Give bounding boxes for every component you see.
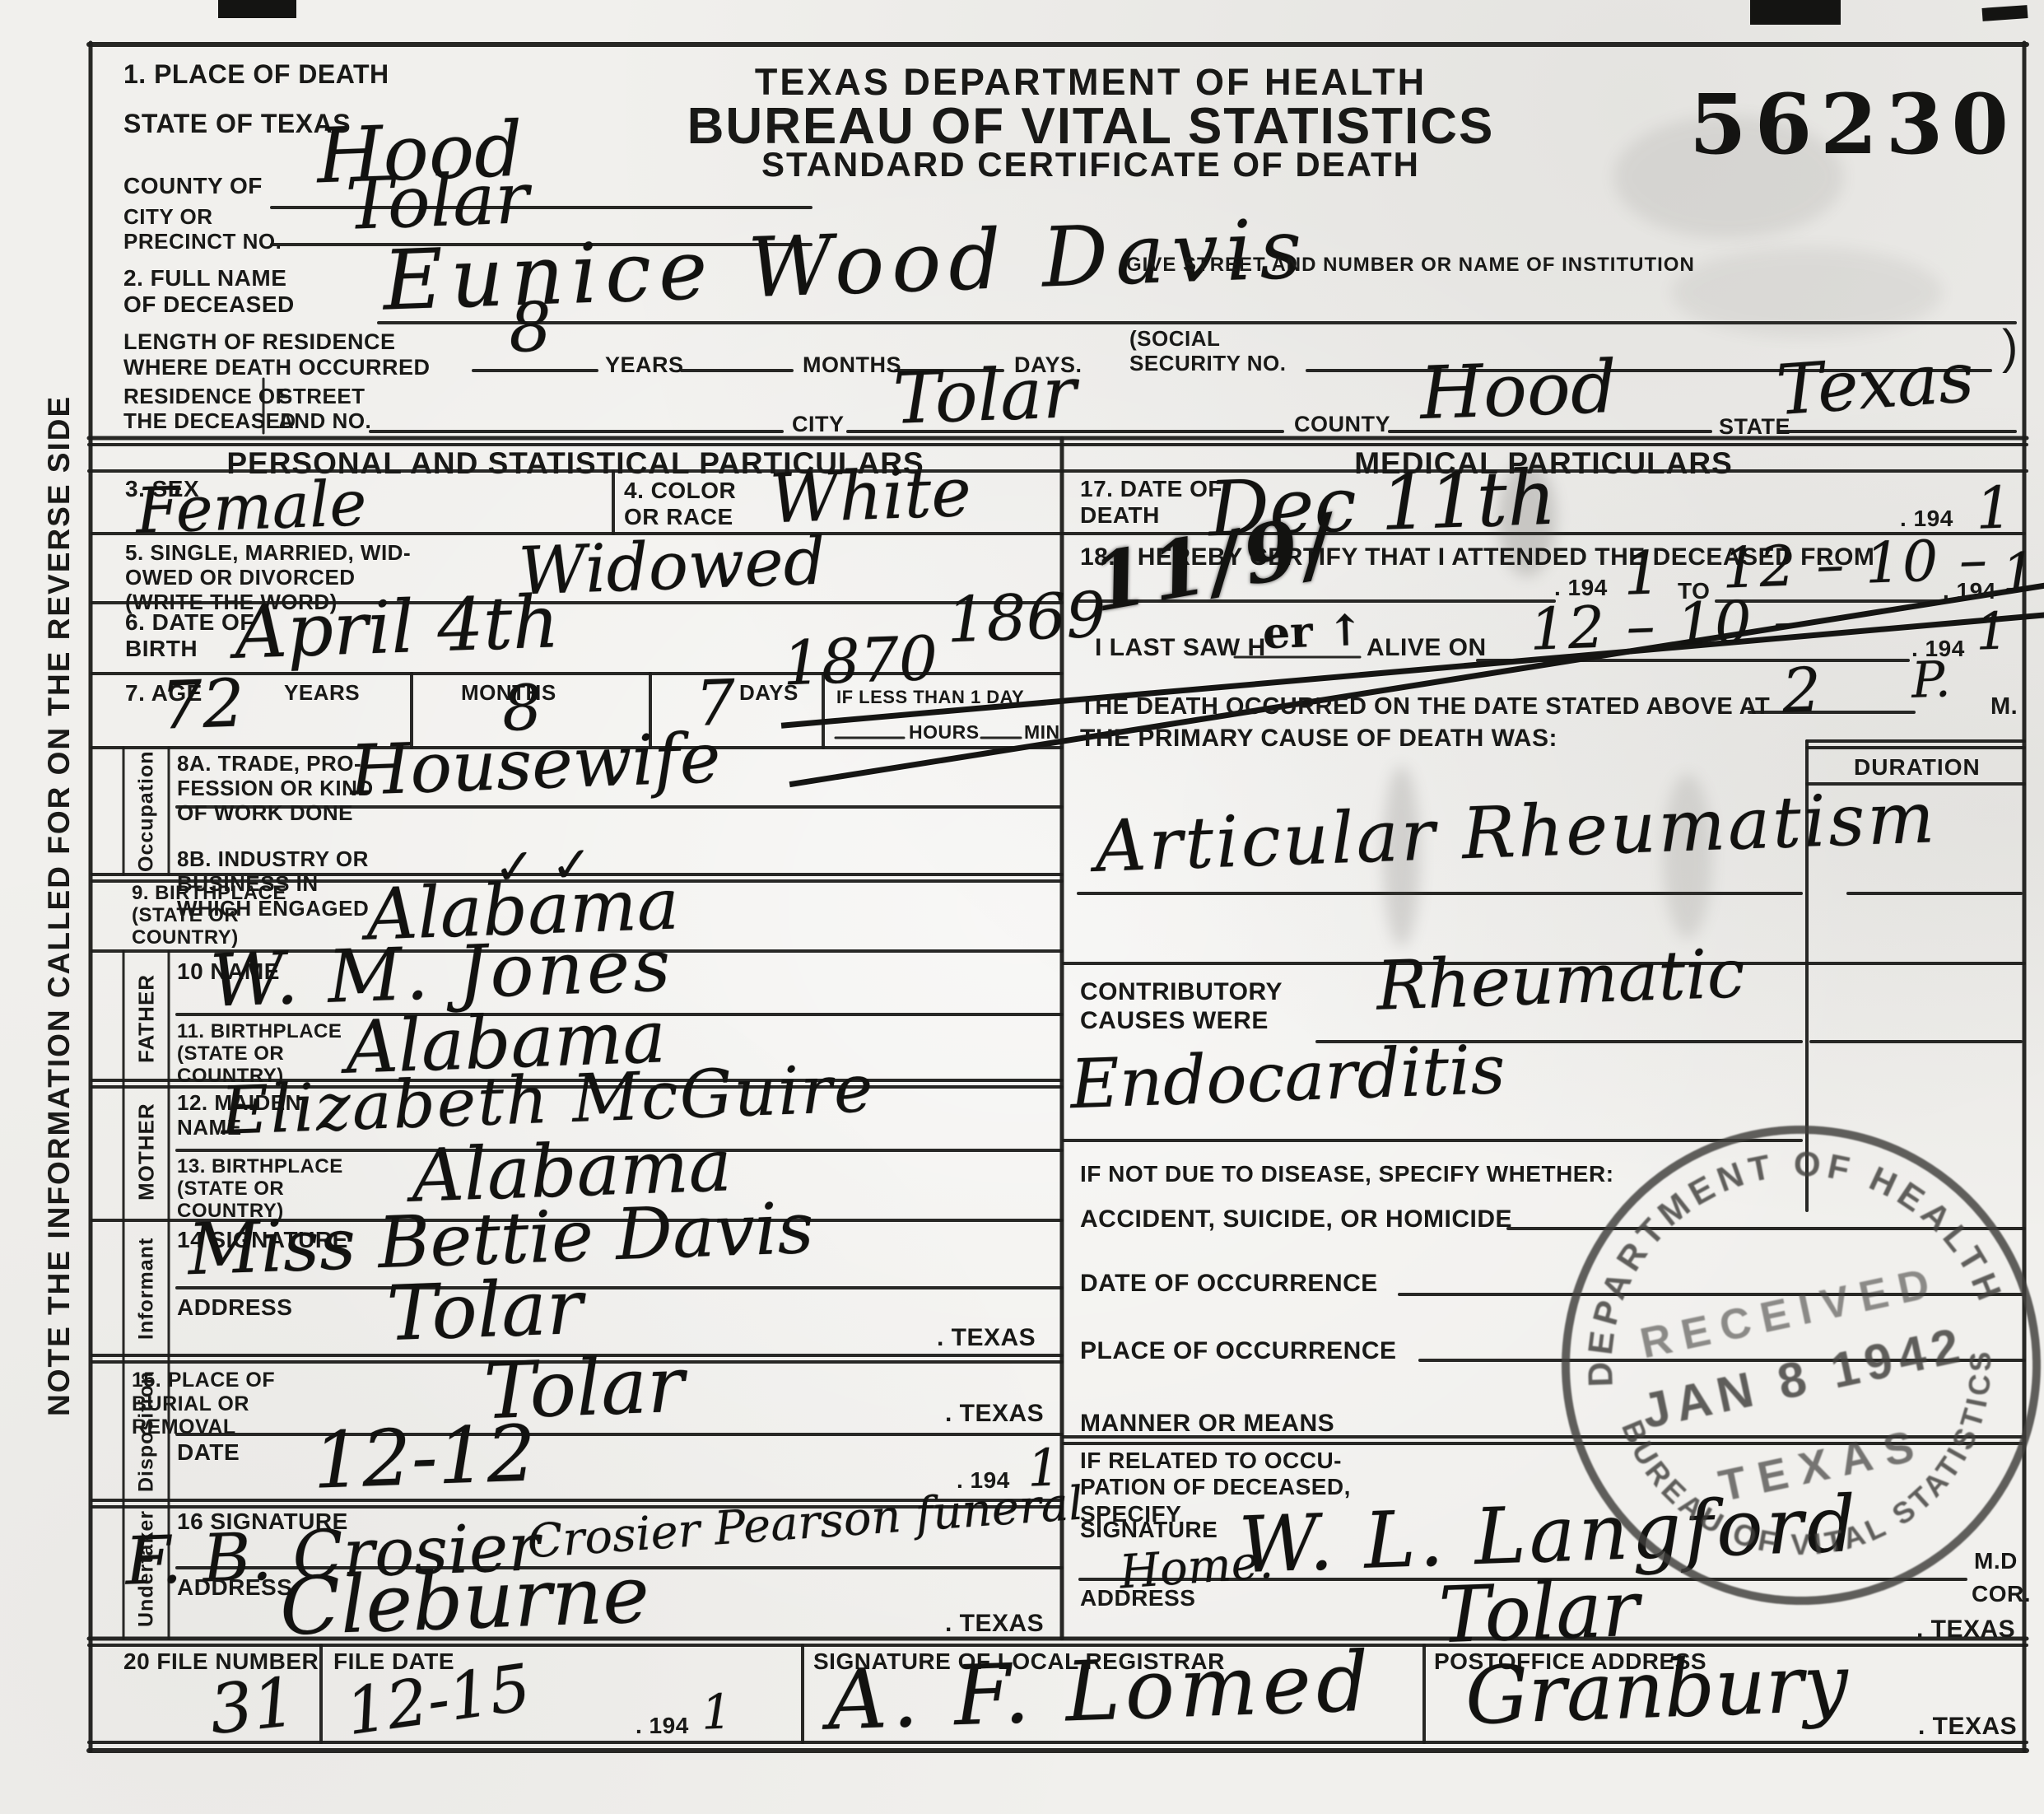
label-age-days: DAYS xyxy=(739,680,799,705)
label-months: MONTHS xyxy=(803,352,901,378)
label-county2: COUNTY xyxy=(1294,412,1390,437)
vertical-label-informant: Informant xyxy=(125,1223,168,1355)
value-attended-to-year: 1 xyxy=(2001,546,2037,599)
label-give-street: GIVE STREET AND NUMBER OR NAME OF INSTIT… xyxy=(1126,254,1695,277)
certificate-number: 56230 xyxy=(1689,76,2017,173)
label-physician-signature: SIGNATURE xyxy=(1080,1517,1218,1543)
scan-smudge xyxy=(1671,247,1943,338)
value-registrar-signature: A. F. Lomed xyxy=(826,1640,1375,1742)
label-min: MIN xyxy=(1024,721,1060,744)
label-informant-address: ADDRESS xyxy=(177,1294,292,1321)
label-year-194-file: . 194 xyxy=(636,1713,689,1739)
value-file-number: 31 xyxy=(207,1669,299,1745)
label-texas-registrar: . TEXAS xyxy=(1918,1713,2017,1742)
label-physician-address: ADDRESS xyxy=(1080,1585,1195,1611)
label-hours: HOURS xyxy=(909,721,980,744)
label-street-and-no: STREET AND NO. xyxy=(278,384,371,433)
label-last-saw: I LAST SAW H xyxy=(1095,634,1266,663)
label-texas-physician: . TEXAS xyxy=(1916,1616,2015,1644)
label-color-or-race: 4. COLOR OR RACE xyxy=(624,478,736,531)
label-m: M. xyxy=(1990,693,2018,721)
value-file-date-year: 1 xyxy=(701,1687,733,1736)
label-texas-informant: . TEXAS xyxy=(937,1324,1036,1353)
value-residence-city: Tolar xyxy=(892,357,1078,435)
label-residence-of: RESIDENCE OF THE DECEASED xyxy=(123,384,296,433)
value-last-saw-insert: er ↑ xyxy=(1262,609,1364,655)
value-contributory-1: Rheumatic xyxy=(1376,940,1746,1021)
value-sex: Female xyxy=(135,472,368,543)
value-informant-address: Tolar xyxy=(385,1270,584,1352)
value-trade: Housewife xyxy=(349,723,722,805)
value-last-saw-year: 1 xyxy=(1975,605,2009,657)
value-death-hour: 2 xyxy=(1781,660,1823,722)
label-years: YEARS xyxy=(605,352,684,378)
value-last-saw-date: 12 – 10 – xyxy=(1529,591,1804,659)
label-paren: ) xyxy=(2002,319,2018,375)
value-postoffice-address: Granbury xyxy=(1464,1644,1849,1736)
value-death-meridiem: P. xyxy=(1911,655,1951,706)
value-marital: Widowed xyxy=(518,529,826,605)
label-length-of-residence: LENGTH OF RESIDENCE WHERE DEATH OCCURRED xyxy=(123,329,431,381)
label-city: CITY xyxy=(792,412,845,437)
label-city-or-precinct: CITY OR PRECINCT NO. xyxy=(123,204,282,254)
label-cor: COR. xyxy=(1972,1581,2031,1607)
label-social-security: (SOCIAL SECURITY NO. xyxy=(1129,326,1286,375)
label-date-of-occurrence: DATE OF OCCURRENCE xyxy=(1080,1270,1378,1299)
vertical-label-mother: MOTHER xyxy=(125,1085,168,1219)
label-primary-cause: THE PRIMARY CAUSE OF DEATH WAS: xyxy=(1080,725,1557,753)
value-contributory-2: Endocarditis xyxy=(1069,1037,1506,1119)
label-trade: 8A. TRADE, PRO- FESSION OR KIND OF WORK … xyxy=(177,751,374,825)
label-place-of-death: 1. PLACE OF DEATH xyxy=(123,59,389,90)
label-manner-or-means: MANNER OR MEANS xyxy=(1080,1410,1334,1439)
value-burial-date: 12-12 xyxy=(311,1415,537,1500)
scan-artifact xyxy=(218,0,296,18)
value-residence-years: 8 xyxy=(508,294,553,363)
label-undertaker-address: ADDRESS xyxy=(177,1574,292,1601)
value-age-years: 72 xyxy=(160,670,246,739)
label-texas-burial: . TEXAS xyxy=(945,1400,1044,1429)
value-residence-county: Hood xyxy=(1419,351,1618,430)
label-accident: ACCIDENT, SUICIDE, OR HOMICIDE xyxy=(1080,1205,1512,1234)
scan-artifact xyxy=(1750,0,1841,25)
label-age-years: YEARS xyxy=(284,680,360,705)
label-place-of-occurrence: PLACE OF OCCURRENCE xyxy=(1080,1337,1397,1366)
label-burial-date: DATE xyxy=(177,1439,240,1466)
label-if-less-than: IF LESS THAN 1 DAY xyxy=(836,687,1024,708)
death-certificate-scan: NOTE THE INFORMATION CALLED FOR ON THE R… xyxy=(0,0,2044,1814)
vertical-label-occupation: Occupation xyxy=(125,745,168,877)
label-death-occurred: THE DEATH OCCURRED ON THE DATE STATED AB… xyxy=(1080,693,1770,721)
label-county-of: COUNTY OF xyxy=(123,173,263,199)
reverse-side-note: NOTE THE INFORMATION CALLED FOR ON THE R… xyxy=(36,296,82,1515)
label-full-name: 2. FULL NAME OF DECEASED xyxy=(123,265,295,319)
value-residence-state: Texas xyxy=(1774,343,1976,426)
label-texas-undertaker: . TEXAS xyxy=(945,1610,1044,1639)
value-undertaker-address: Cleburne xyxy=(278,1555,650,1647)
value-birth-date: April 4th xyxy=(234,585,561,669)
vertical-label-father: FATHER xyxy=(125,954,168,1084)
label-alive-on: ALIVE ON xyxy=(1367,634,1487,663)
label-contributory: CONTRIBUTORY CAUSES WERE xyxy=(1080,978,1283,1036)
value-birth-year: 1869 xyxy=(946,584,1107,652)
header-standard: STANDARD CERTIFICATE OF DEATH xyxy=(576,145,1605,185)
label-burial-15: 15. PLACE OF BURIAL OR REMOVAL xyxy=(132,1369,275,1439)
